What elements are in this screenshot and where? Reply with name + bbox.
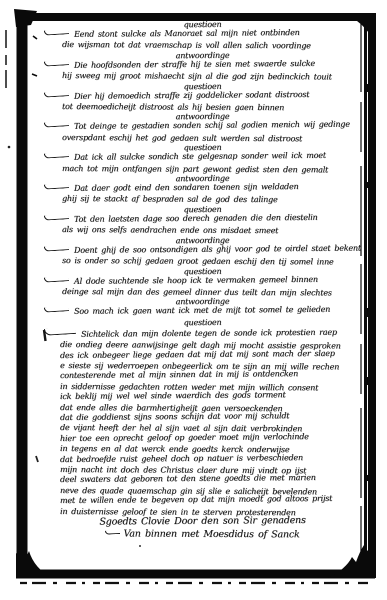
paragraph-flourish-mark <box>44 60 69 66</box>
text-line: Sichtelick dan mijn dolente tegen de son… <box>44 325 361 340</box>
text-line-content: Sgoedts Clovie Door den son Sir genadens <box>99 515 305 528</box>
signature-block: Sgoedts Clovie Door den son Sir genadens… <box>44 517 361 539</box>
paragraph-flourish-mark <box>44 152 69 158</box>
text-line-content: deel swaters dat geboren tot den stene g… <box>60 473 316 484</box>
text-line-content: contesterende met al mijn sinnen dat in … <box>60 369 298 380</box>
text-line-content: dat die goddienst sijns soons schijn dat… <box>60 411 289 422</box>
text-line-content: overspdant eschij het god gedaen sult we… <box>62 133 302 143</box>
paragraph-flourish-mark <box>44 276 69 282</box>
text-line: Tot deinge te gestadien sonden schij sal… <box>44 120 361 133</box>
text-line: met te willen ende te begeven op dat mij… <box>60 494 361 507</box>
text-line: dat bedroefde ruist geheel doch op natue… <box>60 452 361 465</box>
text-line-content: Soo mach ick gaen want ick met de mijt t… <box>74 305 330 316</box>
paragraph-block: Tot den laetsten dage soo derech genaden… <box>44 215 361 236</box>
text-line-content: die wijsman tot dat vraemschap is voll a… <box>62 40 311 50</box>
text-line: Dat daer godt eind den sondaren toenen s… <box>44 182 361 195</box>
text-line-content: Doent ghij de soo ontsondigen als ghij v… <box>74 243 361 254</box>
margin-speck <box>8 146 11 149</box>
longform-block: Sichtelick dan mijn dolente tegen de son… <box>44 328 361 517</box>
text-line: Sgoedts Clovie Door den son Sir genadens <box>44 515 361 528</box>
text-line: Dat ick all sulcke sondich ste gelgesnap… <box>44 151 361 164</box>
text-line: deel swaters dat geboren tot den stene g… <box>60 473 361 486</box>
text-line: Tot den laetsten dage soo derech genaden… <box>44 212 361 225</box>
left-inner-ticks <box>32 36 37 76</box>
text-line: Doent ghij de soo ontsondigen als ghij v… <box>44 243 361 256</box>
text-line-content: ick beklij mij wel wel sinde waerdich de… <box>60 390 286 401</box>
text-line: Soo mach ick gaen want ick met de mijt t… <box>44 305 361 318</box>
paragraph-block: Dat daer godt eind den sondaren toenen s… <box>44 184 361 205</box>
text-line: Dier hij demoedich straffe zij goddelick… <box>44 89 361 102</box>
text-line-content: Dat daer godt eind den sondaren toenen s… <box>74 182 299 193</box>
text-line: des ick onbegeer liege gedaen dat mij da… <box>60 348 361 361</box>
text-line: ick beklij mij wel wel sinde waerdich de… <box>60 390 361 403</box>
text-line-content: ghij sij te stackt af bespraden sal de g… <box>62 194 278 204</box>
text-line: Al dode suchtende sle hoop ick te vermak… <box>44 274 361 287</box>
paragraph-block: Dier hij demoedich straffe zij goddelick… <box>44 92 361 113</box>
text-line: hier toe een oprecht geloof op goeder mo… <box>60 431 361 444</box>
text-line-content: Tot deinge te gestadien sonden schij sal… <box>74 120 350 131</box>
text-line-content: Tot den laetsten dage soo derech genaden… <box>74 213 318 224</box>
text-line-content: Al dode suchtende sle hoop ick te vermak… <box>74 274 318 285</box>
paragraph-block: Dat ick all sulcke sondich ste gelgesnap… <box>44 153 361 174</box>
paragraph-flourish-mark <box>44 91 69 97</box>
paragraph-flourish-mark <box>44 214 69 220</box>
paragraph-flourish-mark <box>44 183 69 189</box>
text-line: contesterende met al mijn sinnen dat in … <box>60 369 361 382</box>
text-line: Eend stont sulcke als Manoraet sal mijn … <box>44 28 361 41</box>
text-line-content: hier toe een oprecht geloof op goeder mo… <box>60 432 309 443</box>
text-line-content: Sichtelick dan mijn dolente tegen de son… <box>81 327 337 338</box>
paragraph-block: Eend stont sulcke als Manoraet sal mijn … <box>44 30 361 51</box>
manuscript-text: questioenEend stont sulcke als Manoraet … <box>44 20 361 565</box>
paragraph-flourish-mark <box>44 122 69 128</box>
text-line-content: Dier hij demoedich straffe zij goddelick… <box>74 90 309 101</box>
text-line-content: Van binnen met Moesdidus of Sanck <box>123 528 299 540</box>
paragraph-block: Tot deinge te gestadien sonden schij sal… <box>44 122 361 143</box>
text-line-content: met te willen ende te begeven op dat mij… <box>60 494 332 505</box>
manuscript-scan-page: questioenEend stont sulcke als Manoraet … <box>0 0 387 600</box>
paragraph-flourish-mark <box>44 327 76 336</box>
text-line: dat die goddienst sijns soons schijn dat… <box>60 411 361 424</box>
text-line-content: Die hoofdsonden der straffe hij te sien … <box>74 59 315 70</box>
paragraph-block: Doent ghij de soo ontsondigen als ghij v… <box>44 246 361 267</box>
paragraph-flourish-mark <box>44 29 69 35</box>
text-line-content: so is onder so schij gedaen groot gedaen… <box>62 256 334 266</box>
text-line-content: Dat ick all sulcke sondich ste gelgesnap… <box>74 151 326 162</box>
text-line: Van binnen met Moesdidus of Sanck <box>44 528 361 541</box>
paragraph-block: Soo mach ick gaen want ick met de mijt t… <box>44 307 361 317</box>
paragraph-flourish-mark <box>44 245 69 251</box>
text-line-content: des ick onbegeer liege gedaen dat mij da… <box>60 348 335 359</box>
paragraph-flourish-mark <box>44 306 69 312</box>
text-line: Die hoofdsonden der straffe hij te sien … <box>44 58 361 71</box>
text-line-content: dat bedroefde ruist geheel doch op natue… <box>60 453 303 464</box>
paragraph-block: Die hoofdsonden der straffe hij te sien … <box>44 61 361 82</box>
margin-mark-comma <box>36 456 38 462</box>
text-line-content: Eend stont sulcke als Manoraet sal mijn … <box>74 28 300 39</box>
text-line-content: als wij ons selfs aendrachen ende ons mi… <box>62 225 278 235</box>
paragraph-flourish-mark <box>105 530 120 535</box>
corner-top-left <box>14 9 37 27</box>
text-line-content: hij sweeg mij groot mishaecht sijn al di… <box>62 71 332 81</box>
paragraph-block: Al dode suchtende sle hoop ick te vermak… <box>44 277 361 298</box>
